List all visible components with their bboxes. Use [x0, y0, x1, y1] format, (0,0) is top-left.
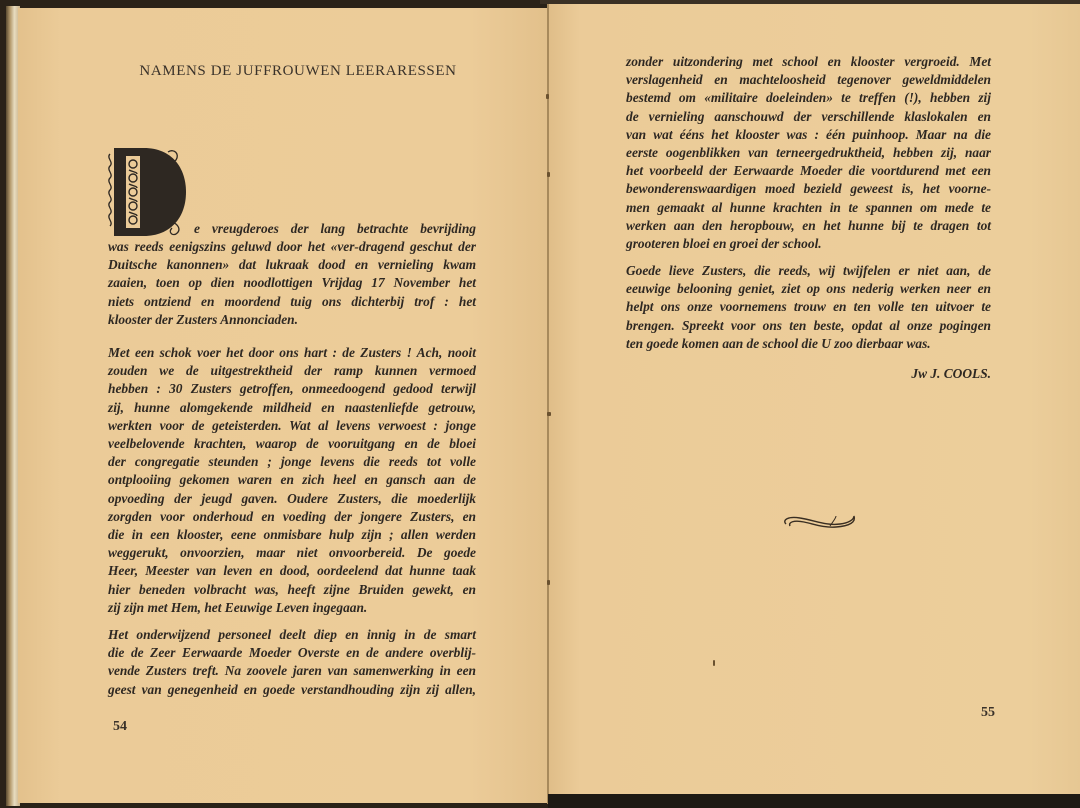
- text-line: zouden we de uitgestrektheid der ramp ku…: [108, 362, 476, 380]
- text-line: Heer, Meester van leven en dood, oordeel…: [108, 562, 476, 580]
- text-line: zorgden voor onderhoud en voeding der jo…: [108, 508, 476, 526]
- paper-speck: [547, 172, 550, 177]
- bottom-shadow: [548, 794, 1080, 808]
- text-line: zij zijn met Hem, het Eeuwige Leven inge…: [108, 599, 476, 617]
- text-line: het voorbeeld der Eerwaarde Moeder die v…: [626, 162, 991, 180]
- text-line: zonder uitzondering met school en kloost…: [626, 53, 991, 71]
- text-line: hebben : 30 Zusters getroffen, onmeedoog…: [108, 380, 476, 398]
- paragraph-right-1: zonder uitzondering met school en kloost…: [626, 53, 991, 253]
- paper-speck: [547, 580, 550, 585]
- signature: Jw J. COOLS.: [840, 366, 991, 382]
- text-line: helpt ons onze voornemens trouw en ten v…: [626, 298, 991, 316]
- text-line: Het onderwijzend personeel deelt diep en…: [108, 626, 476, 644]
- paragraph-left-1: was reeds eenigszins geluwd door het «ve…: [108, 238, 476, 329]
- text-line: der congregatie steunden ; jonge levens …: [108, 453, 476, 471]
- text-line: veelbelovende krachten, waarop de voorui…: [108, 435, 476, 453]
- drop-cap-d-icon: [106, 146, 188, 238]
- text-line: ten goede komen aan de school die U zoo …: [626, 335, 991, 353]
- text-line: zij, hunne alomgekende mildheid en naast…: [108, 399, 476, 417]
- text-line: opvoeding der jeugd gaven. Oudere Zuster…: [108, 490, 476, 508]
- text-line: werken aan den heropbouw, en het hunne b…: [626, 217, 991, 235]
- open-book: NAMENS DE JUFFROUWEN LEERARESSEN e vreug…: [0, 0, 1080, 808]
- text-line: brengen. Spreekt voor ons ten beste, opd…: [626, 317, 991, 335]
- page-number-left: 54: [113, 719, 127, 735]
- text-line: weggerukt, onvoorzien, maar niet onvoorb…: [108, 544, 476, 562]
- book-gutter: [547, 4, 549, 804]
- text-line: de vernieling aanschouwd der verschillen…: [626, 108, 991, 126]
- text-line: Duitsche kanonnen» dat lukraak dood en v…: [108, 256, 476, 274]
- text-line: was reeds eenigszins geluwd door het «ve…: [108, 238, 476, 256]
- paper-speck: [547, 412, 551, 416]
- text-line: hier beneden volbracht was, heeft zijne …: [108, 581, 476, 599]
- page-number-right: 55: [981, 705, 995, 721]
- text-line: grooteren bloei en groei der school.: [626, 235, 991, 253]
- text-line: eerste oogenblikken van terneergedrukthe…: [626, 144, 991, 162]
- running-head: NAMENS DE JUFFROUWEN LEERARESSEN: [108, 63, 488, 80]
- text-line: eeuwige belooning geniet, ziet op ons ne…: [626, 280, 991, 298]
- text-line: geest van genegenheid en goede verstandh…: [108, 681, 476, 699]
- text-line: Met een schok voer het door ons hart : d…: [108, 344, 476, 362]
- paper-speck: [546, 94, 549, 99]
- text-line: ontplooiing gekomen waren en zich heel e…: [108, 471, 476, 489]
- text-line: die in een klooster, eene onmisbare hulp…: [108, 526, 476, 544]
- paper-speck: [713, 660, 715, 666]
- first-line: e vreugderoes der lang betrachte bevrijd…: [194, 220, 476, 238]
- text-line: verslagenheid en machteloosheid tegenove…: [626, 71, 991, 89]
- text-line: van wat ééns het klooster was : één puin…: [626, 126, 991, 144]
- text-line: zaaien, toen op dien noodlottigen Vrijda…: [108, 274, 476, 292]
- paragraph-right-2: Goede lieve Zusters, die reeds, wij twij…: [626, 262, 991, 353]
- paragraph-left-2: Met een schok voer het door ons hart : d…: [108, 344, 476, 617]
- paragraph-left-3: Het onderwijzend personeel deelt diep en…: [108, 626, 476, 699]
- text-line: men gemaakt al hunne krachten in te span…: [626, 199, 991, 217]
- text-line: klooster der Zusters Annonciaden.: [108, 311, 476, 329]
- text-line: die de Zeer Eerwaarde Moeder Overste en …: [108, 644, 476, 662]
- text-line: bewonderenswaardigen moed bezield gewees…: [626, 180, 991, 198]
- text-line: niets ontziend en moordend tuig ons dich…: [108, 293, 476, 311]
- text-line: werkten voor de geteisterden. Wat al lev…: [108, 417, 476, 435]
- flourish-ornament-icon: [778, 510, 860, 532]
- text-line: vende Zusters treft. Na zoovele jaren va…: [108, 662, 476, 680]
- text-line: bestemd om «militaire doeleinden» te tre…: [626, 89, 991, 107]
- text-line: Goede lieve Zusters, die reeds, wij twij…: [626, 262, 991, 280]
